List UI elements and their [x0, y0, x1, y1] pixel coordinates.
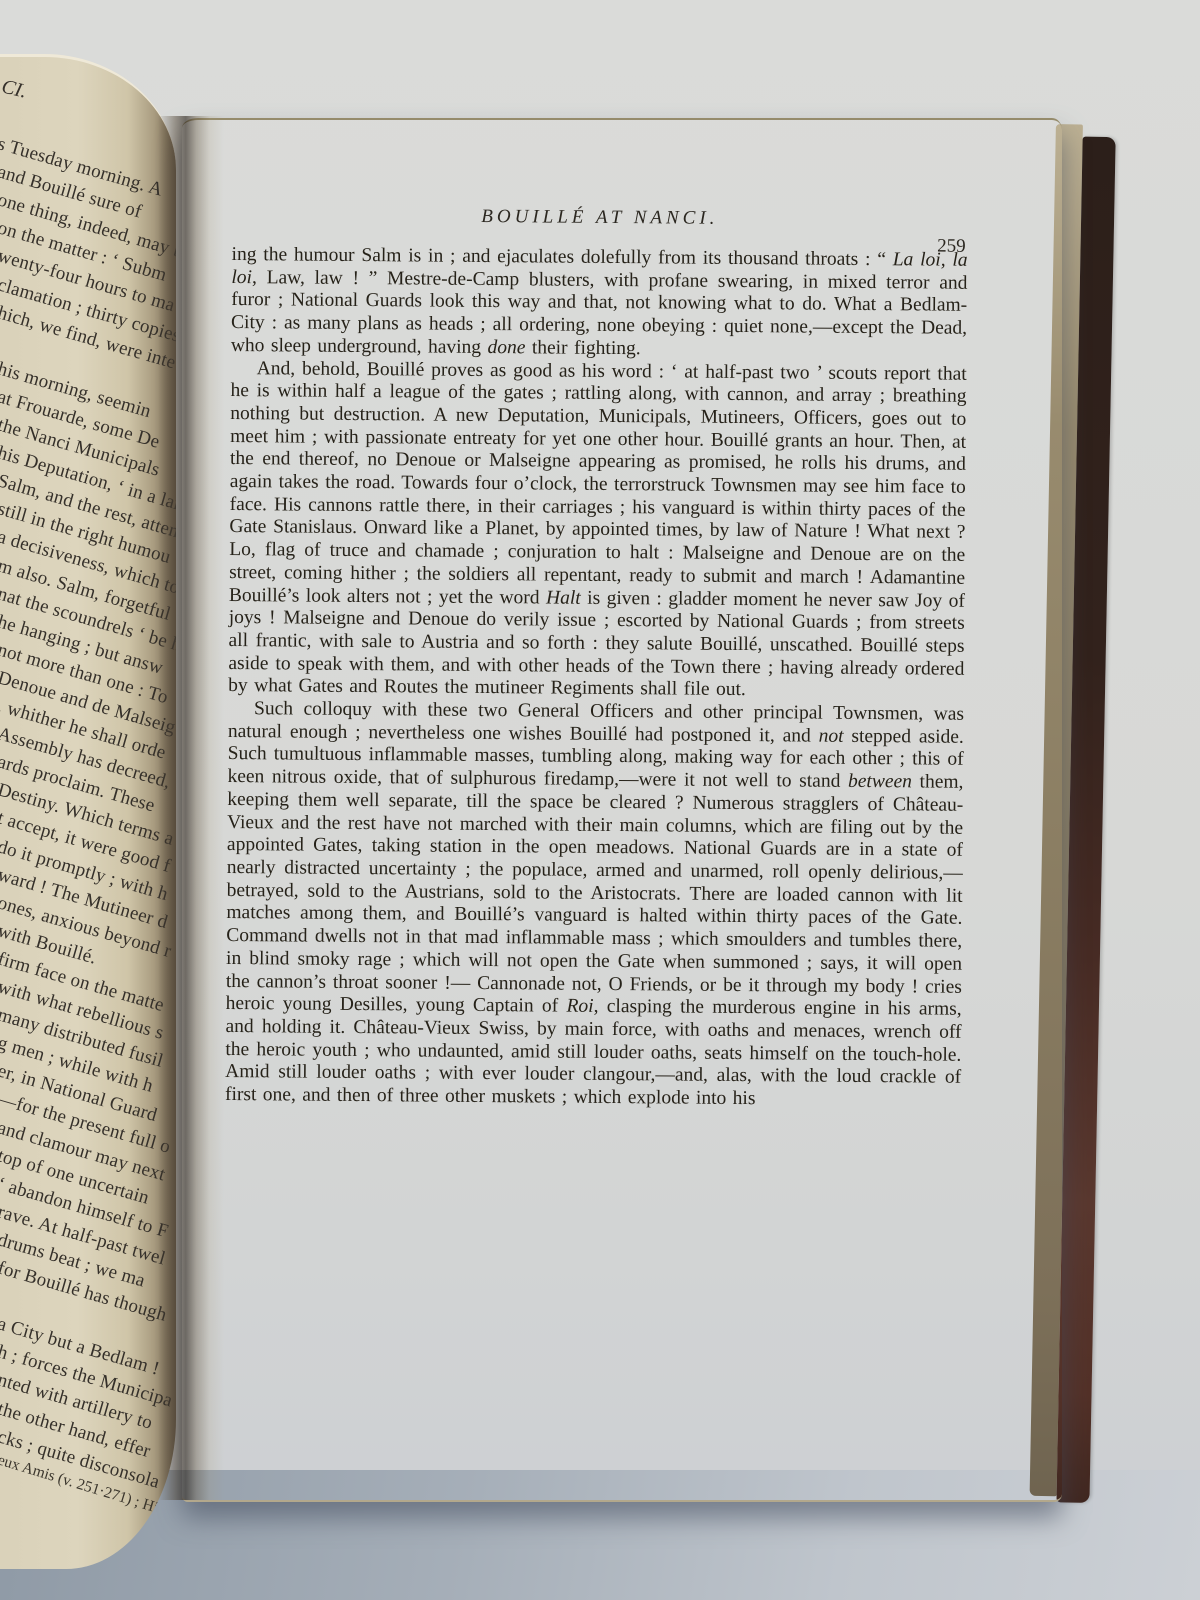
italic-phrase: between [848, 771, 912, 793]
right-page-text-column: BOUILLÉ AT NANCI. 259 ing the humour Sal… [225, 204, 968, 1112]
left-running-header-fragment: CI. [0, 75, 29, 103]
running-header: BOUILLÉ AT NANCI. [232, 204, 968, 232]
paragraph: And, behold, Bouillé proves as good as h… [228, 358, 967, 704]
left-page: CI. s Tuesday morning. Aand Bouillé sure… [0, 54, 176, 1569]
body-text: ing the humour Salm is in ; and ejaculat… [225, 244, 968, 1112]
italic-phrase: not [819, 725, 844, 746]
paragraph: ing the humour Salm is in ; and ejaculat… [231, 244, 968, 363]
book-photo: CI. s Tuesday morning. Aand Bouillé sure… [0, 0, 1200, 1600]
text-segment: their fighting. [525, 337, 640, 359]
text-segment: ing the humour Salm is in ; and ejaculat… [232, 244, 893, 270]
italic-phrase: Roi [566, 996, 593, 1017]
right-page: BOUILLÉ AT NANCI. 259 ing the humour Sal… [182, 118, 1062, 1502]
paragraph: Such colloquy with these two General Off… [225, 698, 964, 1112]
text-segment: And, behold, Bouillé proves as good as h… [229, 358, 967, 608]
text-segment: them, keeping them well separate, till t… [226, 772, 964, 1017]
italic-phrase: done [487, 337, 525, 358]
page-number: 259 [937, 236, 966, 258]
italic-phrase: Halt [546, 587, 581, 608]
